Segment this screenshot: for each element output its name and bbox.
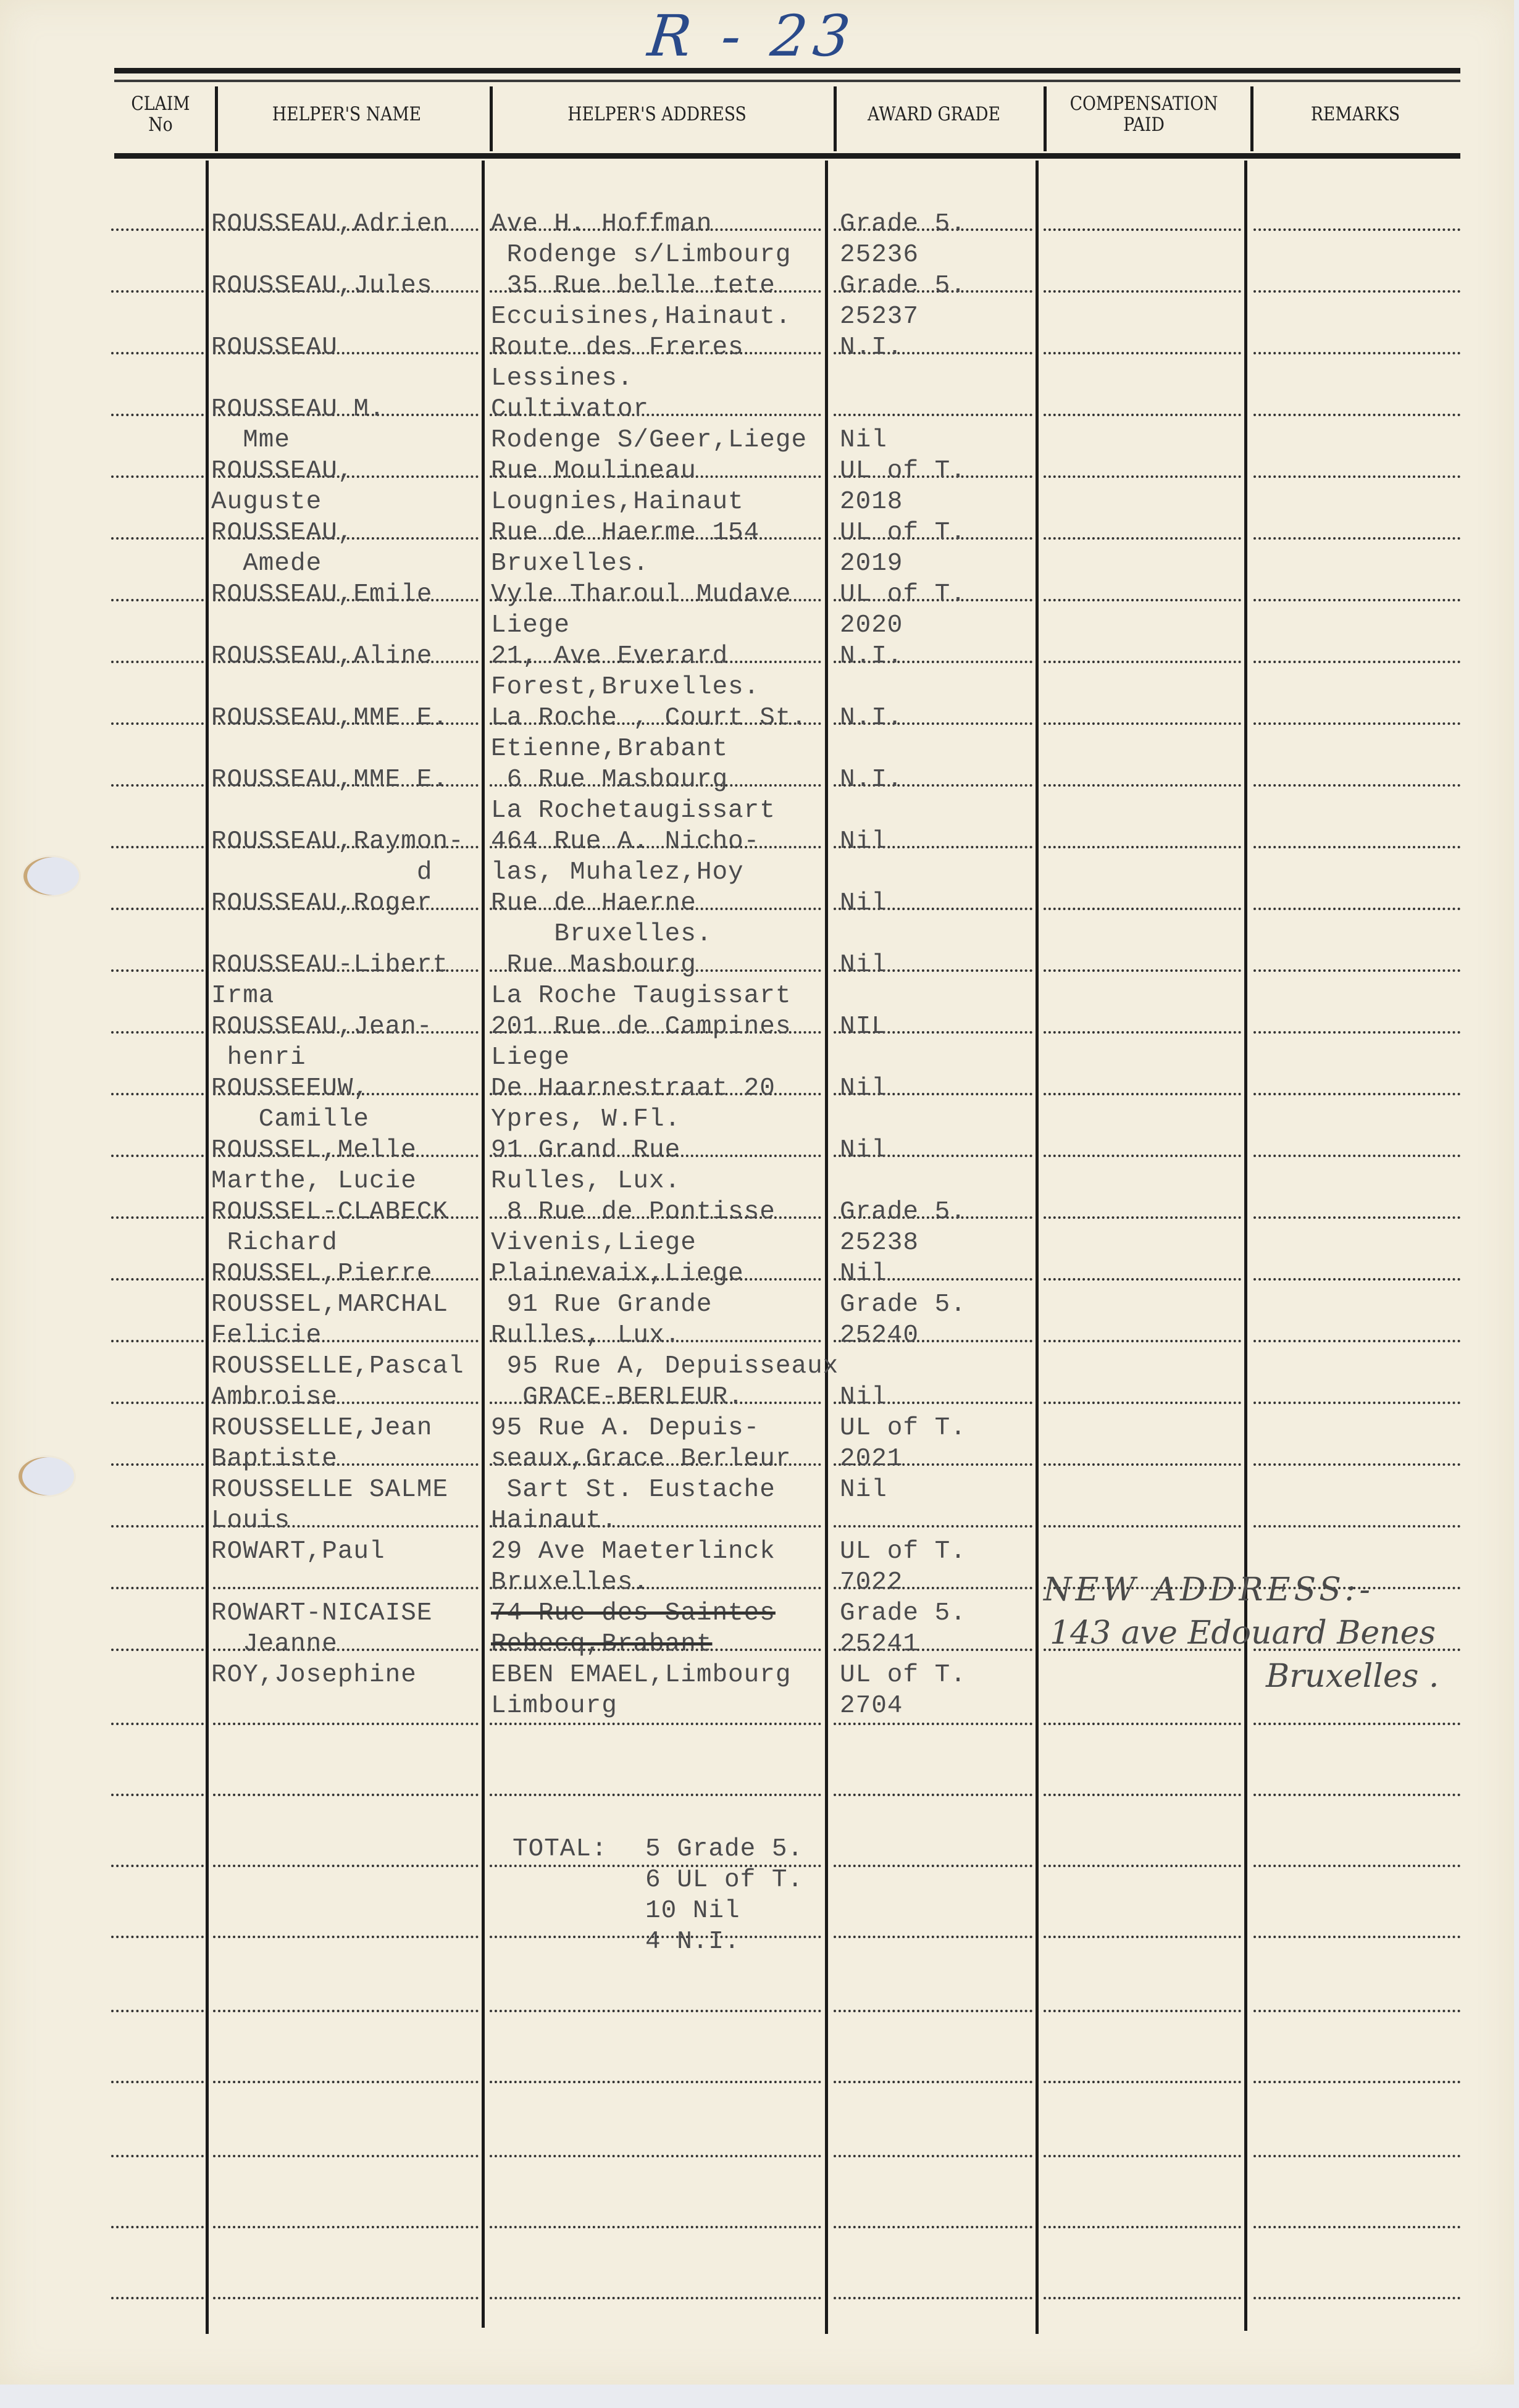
dotted-rule [490,2155,821,2157]
helper-name-line: ROUSSEAU,MME E. [211,764,448,795]
helper-address-line: Ypres, W.Fl. [491,1104,680,1135]
helper-name-line: ROUSSEAU,Raymon- [211,826,464,857]
dotted-rule [111,661,204,663]
dotted-rule [834,1525,1032,1528]
header-divider [834,86,837,151]
helper-name-line: ROUSSEAU-Libert [211,950,448,980]
header-divider [490,86,493,151]
dotted-rule [1253,1031,1460,1034]
dotted-rule [1253,1278,1460,1281]
helper-address-line: La Roche Taugissart [491,980,791,1011]
dotted-rule [111,2010,204,2012]
header-claim-no: CLAIM No [121,80,201,148]
helper-address-line: 21, Ave Everard [491,641,728,672]
dotted-rule [490,1723,821,1725]
award-grade-line: N.I. [840,332,903,363]
remark-new-address-city: Bruxelles . [1266,1658,1439,1695]
helper-address-line: Plainevaix,Liege [491,1258,744,1289]
award-grade-line: N.I. [840,703,903,734]
helper-name-line: Felicie [211,1320,322,1351]
helper-address-line: Limbourg [491,1691,617,1721]
helper-address-line: 95 Rue A, Depuisseaux [491,1351,839,1382]
helper-address-line: Rodenge s/Limbourg [491,240,791,270]
dotted-rule [490,2081,821,2083]
remark-new-address-label: NEW ADDRESS:- [1044,1571,1374,1608]
column-line-address [825,161,828,2334]
header-paid-label: PAID [1123,114,1165,135]
helper-name-line: Camille [211,1104,369,1135]
header-compensation-paid: COMPENSATION PAID [1055,80,1232,148]
dotted-rule [111,1649,204,1651]
award-grade-line: 25236 [840,240,919,270]
dotted-rule [1044,2297,1241,2299]
dotted-rule [1044,2010,1241,2012]
dotted-rule [1044,2155,1241,2157]
helper-address-line: Lougnies,Hainaut [491,487,744,517]
award-grade-line: UL of T. [840,456,966,487]
dotted-rule [1253,2155,1460,2157]
helper-name-line: ROUSSEL,Melle [211,1135,417,1166]
helper-name-line: Auguste [211,487,322,517]
helper-address-line: 6 Rue Masbourg [491,764,728,795]
award-grade-line: Nil [840,888,887,919]
header-divider [1250,86,1253,151]
dotted-rule [1253,1093,1460,1095]
dotted-rule [1253,784,1460,787]
helper-address-line: Vivenis,Liege [491,1227,697,1258]
handwritten-reference: R - 23 [645,3,859,69]
helper-name-line: Ambroise [211,1382,338,1413]
helper-address-line: Bruxelles. [491,1567,649,1598]
helper-name-line: ROWART-NICAISE [211,1598,432,1629]
dotted-rule [1253,846,1460,848]
dotted-rule [111,1340,204,1342]
helper-address-line: Eccuisines,Hainaut. [491,301,791,332]
column-line-award [1036,161,1039,2334]
dotted-rule [111,2226,204,2228]
award-grade-line: 2019 [840,548,903,579]
dotted-rule [834,1865,1032,1867]
helper-name-line: ROUSSEAU,Jean- [211,1011,432,1042]
dotted-rule [111,1936,204,1938]
dotted-rule [111,1278,204,1281]
award-grade-line: N.I. [840,764,903,795]
helper-address-line: Vyle Tharoul Mudave [491,579,791,610]
dotted-rule [111,1031,204,1034]
dotted-rule [1253,352,1460,354]
helper-address-line: La Roche , Court St. [491,703,807,734]
dotted-rule [1044,290,1241,293]
award-grade-line: N.I. [840,641,903,672]
helper-name-line: ROUSSEAU,Jules [211,270,432,301]
award-grade-line: Grade 5. [840,1598,966,1629]
award-grade-line: 25241 [840,1629,919,1660]
helper-name-line: ROWART,Paul [211,1536,385,1567]
dotted-rule [111,1865,204,1867]
dotted-rule [1044,1723,1241,1725]
helper-name-line: Baptiste [211,1444,338,1474]
dotted-rule [1253,1723,1460,1725]
header-bottom-rule [114,153,1460,159]
award-grade-line: Nil [840,826,887,857]
dotted-rule [1044,352,1241,354]
totals-label: TOTAL: [513,1834,608,1865]
helper-address-line: Bruxelles. [491,919,712,950]
dotted-rule [1044,1093,1241,1095]
helper-name-line: Marthe, Lucie [211,1166,417,1197]
dotted-rule [1253,599,1460,601]
dotted-rule [111,2297,204,2299]
dotted-rule [1044,908,1241,910]
helper-name-line: ROUSSEEUW, [211,1073,369,1104]
dotted-rule [1044,537,1241,540]
dotted-rule [1044,1278,1241,1281]
dotted-rule [111,537,204,540]
award-grade-line: UL of T. [840,1536,966,1567]
dotted-rule [111,1463,204,1466]
helper-name-line: ROUSSELLE,Pascal [211,1351,464,1382]
dotted-rule [1253,661,1460,663]
award-grade-line: Nil [840,1073,887,1104]
helper-address-line: Rue Moulineau [491,456,697,487]
dotted-rule [213,2081,479,2083]
helper-address-line: EBEN EMAEL,Limbourg [491,1660,791,1691]
helper-address-line: Liege [491,1042,570,1073]
header-no-label: No [148,114,172,135]
helper-address-line: 201 Rue de Campines [491,1011,791,1042]
dotted-rule [1044,1525,1241,1528]
award-grade-line: Nil [840,1382,887,1413]
helper-address-line: Hainaut. [491,1505,617,1536]
helper-name-line: Irma [211,980,274,1011]
dotted-rule [111,290,204,293]
dotted-rule [213,2226,479,2228]
award-grade-line: 2020 [840,610,903,641]
dotted-rule [1044,722,1241,725]
dotted-rule [213,1794,479,1796]
dotted-rule [1044,414,1241,416]
header-claim-label: CLAIM [131,93,190,114]
award-grade-line: Grade 5. [840,1289,966,1320]
helper-address-line: Etienne,Brabant [491,734,728,764]
award-grade-line: Nil [840,1135,887,1166]
dotted-rule [111,1525,204,1528]
dotted-rule [834,1794,1032,1796]
dotted-rule [1044,969,1241,972]
award-grade-line: 25237 [840,301,919,332]
award-grade-line: 25238 [840,1227,919,1258]
helper-name-line: henri [211,1042,306,1073]
punch-hole [23,857,79,895]
totals-grade5: 5 Grade 5. [645,1834,803,1865]
helper-address-line: Forest,Bruxelles. [491,672,759,703]
dotted-rule [213,1865,479,1867]
helper-name-line: ROUSSEAU,MME E. [211,703,448,734]
header-divider [1044,86,1047,151]
helper-address-line: Rue de Haerne [491,888,697,919]
award-grade-line: 2704 [840,1691,903,1721]
dotted-rule [1253,969,1460,972]
helper-name-line: Amede [211,548,322,579]
helper-name-line: ROUSSEAU,Emile [211,579,432,610]
dotted-rule [1253,908,1460,910]
helper-address-line: Route des Freres [491,332,744,363]
helper-name-line: ROY,Josephine [211,1660,417,1691]
dotted-rule [111,1093,204,1095]
header-compensation-label: COMPENSATION [1070,93,1218,114]
helper-address-line: Ave H. Hoffman [491,209,712,240]
dotted-rule [1044,1865,1241,1867]
dotted-rule [834,2297,1032,2299]
helper-name-line: ROUSSEAU M. [211,394,385,425]
helper-address-line: GRACE-BERLEUR. [491,1382,744,1413]
dotted-rule [111,1402,204,1404]
helper-address-line: Rulles, Lux. [491,1166,680,1197]
award-grade-line: UL of T. [840,1660,966,1691]
helper-address-line: Rue de Haerme 154 [491,517,759,548]
helper-address-line: 35 Rue belle tete [491,270,776,301]
helper-name-line: ROUSSEAU,Roger [211,888,432,919]
helper-name-line: Richard [211,1227,338,1258]
dotted-rule [1253,2010,1460,2012]
award-grade-line: Grade 5. [840,1197,966,1227]
dotted-rule [834,2226,1032,2228]
helper-address-line: las, Muhalez,Hoy [491,857,744,888]
document-page: R - 23 CLAIM No HELPER'S NAME HELPER'S A… [0,0,1514,2385]
dotted-rule [1044,475,1241,478]
helper-address-line: Rulles, Lux. [491,1320,680,1351]
punch-hole [19,1457,74,1495]
helper-name-line: ROUSSEAU [211,332,338,363]
dotted-rule [1044,1402,1241,1404]
helper-name-line: ROUSSEL,MARCHAL [211,1289,448,1320]
dotted-rule [1044,661,1241,663]
award-grade-line: UL of T. [840,517,966,548]
helper-address-line: Lessines. [491,363,633,394]
helper-name-line: ROUSSELLE,Jean [211,1413,432,1444]
dotted-rule [111,2081,204,2083]
dotted-rule [1253,2297,1460,2299]
helper-name-line: ROUSSEAU, [211,517,353,548]
dotted-rule [834,1723,1032,1725]
dotted-rule [1253,1794,1460,1796]
helper-address-line: Rebecq,Brabant [491,1629,712,1660]
dotted-rule [111,1155,204,1157]
dotted-rule [490,2010,821,2012]
header-divider [215,86,218,151]
dotted-rule [111,1216,204,1219]
helper-name-line: ROUSSEL,Pierre [211,1258,432,1289]
header-remarks: REMARKS [1265,80,1446,148]
helper-name-line: Mme [211,425,290,456]
dotted-rule [111,784,204,787]
dotted-rule [213,2010,479,2012]
helper-address-line: 29 Ave Maeterlinck [491,1536,776,1567]
dotted-rule [213,1936,479,1938]
award-grade-line: Nil [840,1258,887,1289]
helper-address-line: De Haarnestraat 20 [491,1073,776,1104]
dotted-rule [1253,2081,1460,2083]
helper-address-line: 91 Rue Grande [491,1289,712,1320]
dotted-rule [1253,290,1460,293]
dotted-rule [834,414,1032,416]
dotted-rule [1253,2226,1460,2228]
column-line-claim [206,161,209,2334]
dotted-rule [1044,846,1241,848]
helper-address-line: 91 Grand Rue [491,1135,680,1166]
helper-address-line: Bruxelles. [491,548,649,579]
dotted-rule [111,2155,204,2157]
dotted-rule [111,228,204,231]
totals-ni: 4 N.I. [645,1926,740,1957]
dotted-rule [213,2297,479,2299]
dotted-rule [1253,722,1460,725]
dotted-rule [1044,228,1241,231]
dotted-rule [111,969,204,972]
helper-name-line: Louis [211,1505,290,1536]
dotted-rule [213,1587,479,1589]
helper-address-line: Rodenge S/Geer,Liege [491,425,807,456]
dotted-rule [1044,1936,1241,1938]
dotted-rule [490,2297,821,2299]
dotted-rule [1044,1031,1241,1034]
helper-address-line: seaux,Grace Berleur [491,1444,791,1474]
award-grade-line: 25240 [840,1320,919,1351]
dotted-rule [1253,537,1460,540]
helper-address-line: 95 Rue A. Depuis- [491,1413,759,1444]
dotted-rule [1253,228,1460,231]
dotted-rule [1044,2226,1241,2228]
dotted-rule [1044,599,1241,601]
helper-address-line: La Rochetaugissart [491,795,776,826]
totals-ul-of-t: 6 UL of T. [645,1865,803,1896]
dotted-rule [1044,1340,1241,1342]
helper-name-line: ROUSSEAU,Aline [211,641,432,672]
dotted-rule [1044,1463,1241,1466]
helper-address-line: Cultivator [491,394,649,425]
column-line-compensation [1244,161,1247,2331]
dotted-rule [111,722,204,725]
header-helpers-address: HELPER'S ADDRESS [511,80,804,148]
dotted-rule [1253,1402,1460,1404]
dotted-rule [1044,2081,1241,2083]
helper-name-line: ROUSSEL-CLABECK [211,1197,448,1227]
helper-address-line: 8 Rue de Pontisse [491,1197,776,1227]
dotted-rule [111,908,204,910]
dotted-rule [111,1587,204,1589]
dotted-rule [834,2081,1032,2083]
dotted-rule [1044,784,1241,787]
dotted-rule [213,2155,479,2157]
helper-address-line: 464 Rue A. Nicho- [491,826,759,857]
award-grade-line: 2018 [840,487,903,517]
dotted-rule [111,846,204,848]
dotted-rule [111,1794,204,1796]
dotted-rule [111,1723,204,1725]
header-top-rule [114,68,1460,73]
helper-name-line: ROUSSEAU,Adrien [211,209,448,240]
dotted-rule [1253,475,1460,478]
dotted-rule [834,2155,1032,2157]
award-grade-line: Nil [840,425,887,456]
dotted-rule [1044,1216,1241,1219]
dotted-rule [1253,1463,1460,1466]
helper-name-line: ROUSSEAU, [211,456,353,487]
award-grade-line: UL of T. [840,1413,966,1444]
remark-new-address-street: 143 ave Edouard Benes [1050,1615,1436,1652]
award-grade-line: Grade 5. [840,270,966,301]
helper-address-line: 74 Rue des Saintes [491,1598,776,1629]
dotted-rule [111,352,204,354]
helper-address-line: Liege [491,610,570,641]
dotted-rule [1044,1794,1241,1796]
dotted-rule [1253,1936,1460,1938]
dotted-rule [834,2010,1032,2012]
award-grade-line: Grade 5. [840,209,966,240]
award-grade-line: 2021 [840,1444,903,1474]
header-helpers-name: HELPER'S NAME [229,80,464,148]
award-grade-line: UL of T. [840,579,966,610]
dotted-rule [1044,1155,1241,1157]
dotted-rule [834,1936,1032,1938]
dotted-rule [490,2226,821,2228]
award-grade-line: Nil [840,950,887,980]
dotted-rule [1253,1525,1460,1528]
totals-nil: 10 Nil [645,1896,740,1926]
dotted-rule [213,1723,479,1725]
helper-name-line: ROUSSELLE SALME [211,1474,448,1505]
dotted-rule [111,599,204,601]
dotted-rule [1253,1340,1460,1342]
award-grade-line: NIL [840,1011,887,1042]
column-line-name [482,161,485,2328]
dotted-rule [490,1794,821,1796]
helper-address-line: Rue Masbourg [491,950,697,980]
award-grade-line: 7022 [840,1567,903,1598]
helper-name-line: Jeanne [211,1629,338,1660]
dotted-rule [111,414,204,416]
dotted-rule [1253,1155,1460,1157]
dotted-rule [1253,1865,1460,1867]
helper-name-line: d [211,857,432,888]
dotted-rule [111,475,204,478]
helper-address-line: Sart St. Eustache [491,1474,776,1505]
award-grade-line: Nil [840,1474,887,1505]
dotted-rule [1253,414,1460,416]
header-award-grade: AWARD GRADE [845,80,1023,148]
dotted-rule [1253,1216,1460,1219]
